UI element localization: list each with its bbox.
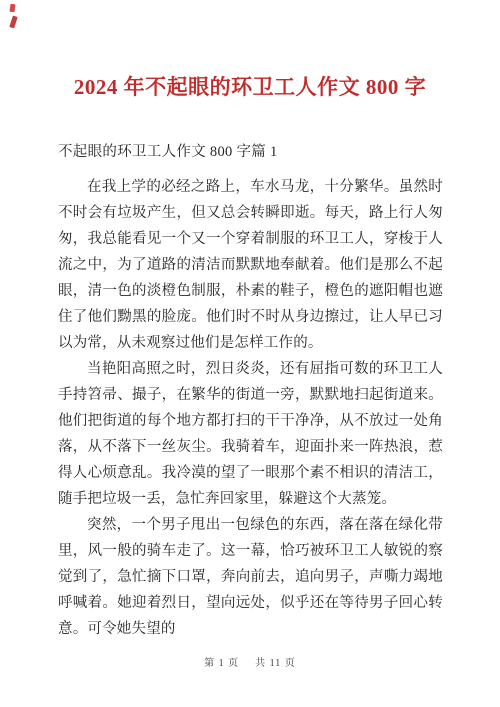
- corner-red-mark: [9, 3, 23, 29]
- footer-current-page: 第 1 页: [204, 658, 239, 669]
- document-body: 不起眼的环卫工人作文 800 字篇 1 在我上学的必经之路上，车水马龙，十分繁华…: [58, 141, 443, 642]
- paragraph-1: 在我上学的必经之路上，车水马龙，十分繁华。虽然时不时会有垃圾产生，但又总会转瞬即…: [58, 174, 443, 356]
- paragraph-3: 突然，一个男子甩出一包绿色的东西，落在落在绿化带里，风一般的骑车走了。这一幕，恰…: [58, 512, 443, 642]
- footer-total-pages: 共 11 页: [255, 658, 296, 669]
- page-footer: 第 1 页共 11 页: [0, 654, 500, 669]
- paragraph-2: 当艳阳高照之时，烈日炎炎，还有屈指可数的环卫工人手持笤帚、撮子，在繁华的街道一旁…: [58, 356, 443, 512]
- document-title: 2024 年不起眼的环卫工人作文 800 字: [0, 73, 500, 101]
- section-heading: 不起眼的环卫工人作文 800 字篇 1: [58, 141, 443, 163]
- corner-red-mark-bottom: [9, 16, 17, 29]
- document-page: 2024 年不起眼的环卫工人作文 800 字 不起眼的环卫工人作文 800 字篇…: [0, 0, 500, 707]
- corner-red-mark-top: [9, 4, 15, 13]
